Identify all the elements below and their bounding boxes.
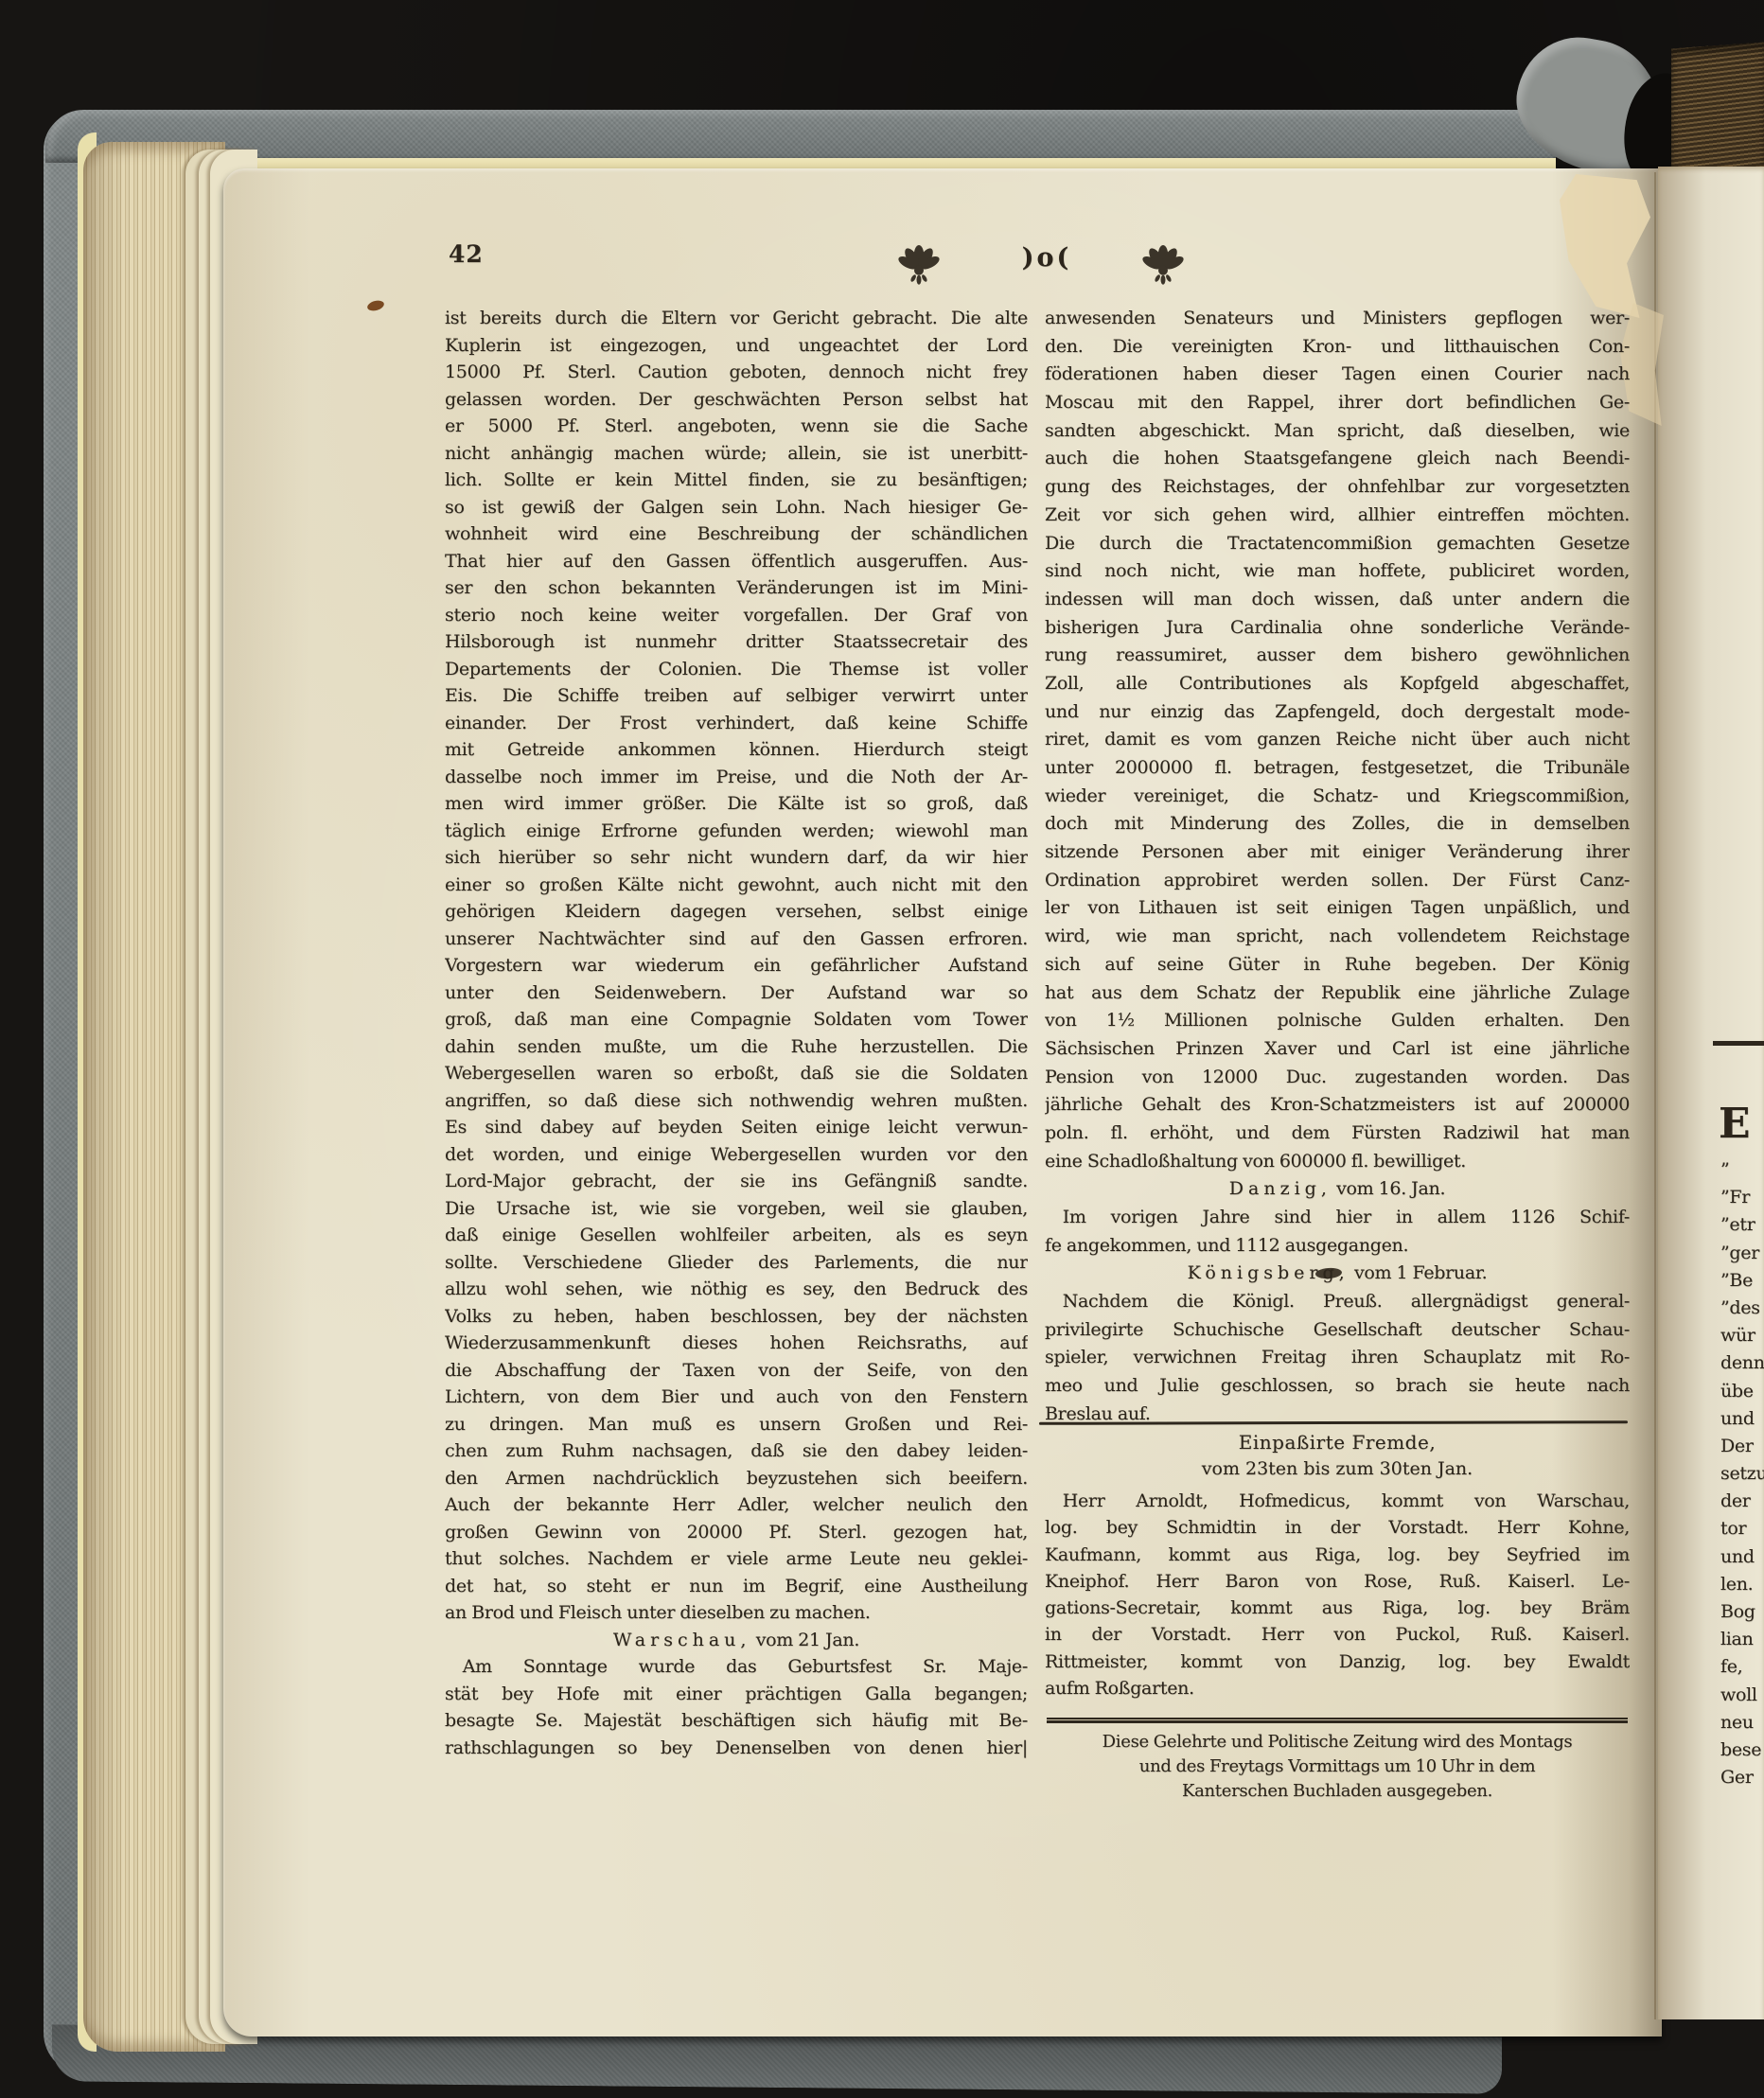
text-line: Nachdem die Königl. Preuß. allergnädigst… (1045, 1288, 1630, 1316)
text-line: Bog (1720, 1598, 1764, 1626)
text-line: Volks zu heben, haben beschlossen, bey d… (445, 1303, 1028, 1331)
text-line: sich auf seine Güter in Ruhe begeben. De… (1045, 951, 1630, 979)
page-number: 42 (449, 240, 484, 268)
text-line: Sächsischen Prinzen Xaver und Carl ist e… (1045, 1035, 1630, 1064)
right-text-column: anwesenden Senateurs und Ministers gepfl… (1045, 305, 1630, 1429)
arrivals-title: Einpaßirte Fremde, (1045, 1431, 1630, 1454)
text-line: poln. fl. erhöht, und dem Fürsten Radziw… (1045, 1120, 1630, 1148)
text-line: täglich einige Erfrorne gefunden werden;… (445, 818, 1028, 845)
text-line: spieler, verwichnen Freitag ihren Schaup… (1045, 1344, 1630, 1372)
text-line: dahin senden mußte, um die Ruhe herzuste… (445, 1033, 1028, 1061)
text-line: mit Getreide ankommen können. Hierdurch … (445, 736, 1028, 764)
text-line: groß, daß man eine Compagnie Soldaten vo… (445, 1006, 1028, 1033)
text-line: hat aus dem Schatz der Republik eine jäh… (1045, 979, 1630, 1008)
text-line: anwesenden Senateurs und Ministers gepfl… (1045, 305, 1630, 333)
text-line: den Armen nachdrücklich beyzustehen sich… (445, 1465, 1028, 1492)
left-text-column: ist bereits durch die Eltern vor Gericht… (445, 305, 1028, 1761)
text-line: setzu (1720, 1460, 1764, 1488)
text-line: eine Schadloßhaltung von 600000 fl. bewi… (1045, 1148, 1630, 1176)
text-line: rung reassumiret, ausser dem bishero gew… (1045, 642, 1630, 670)
text-line: ” (1720, 1156, 1764, 1184)
book-cover-top-edge (45, 110, 1556, 163)
text-line: thut solches. Nachdem er viele arme Leut… (445, 1545, 1028, 1573)
text-line: ist bereits durch die Eltern vor Gericht… (445, 305, 1028, 332)
text-line: so ist gewiß der Galgen sein Lohn. Nach … (445, 494, 1028, 521)
text-line: dasselbe noch immer im Preise, und die N… (445, 764, 1028, 791)
imprint-notice: Diese Gelehrte und Politische Zeitung wi… (1045, 1730, 1630, 1804)
text-line: Zeit vor sich gehen wird, allhier eintre… (1045, 502, 1630, 530)
text-line: einer so großen Kälte nicht gewohnt, auc… (445, 872, 1028, 899)
next-page-rule-fragment (1713, 1041, 1764, 1046)
text-line: Lichtern, von dem Bier und auch von den … (445, 1384, 1028, 1411)
text-line: Auch der bekannte Herr Adler, welcher ne… (445, 1491, 1028, 1519)
text-line: wird, wie man spricht, nach vollendetem … (1045, 923, 1630, 951)
text-line: neu (1720, 1709, 1764, 1737)
text-line: Wiederzusammenkunft dieses hohen Reichsr… (445, 1330, 1028, 1357)
text-line: 15000 Pf. Sterl. Caution geboten, dennoc… (445, 359, 1028, 386)
text-line: Die durch die Tractatencommißion gemacht… (1045, 530, 1630, 558)
text-line: denn (1720, 1349, 1764, 1377)
text-line: jährliche Gehalt des Kron-Schatzmeisters… (1045, 1091, 1630, 1120)
text-line: übe (1720, 1378, 1764, 1405)
header-signature-mark: )o( (1003, 243, 1090, 273)
text-line: Im vorigen Jahre sind hier in allem 1126… (1045, 1204, 1630, 1232)
text-line: privilegirte Schuchische Gesellschaft de… (1045, 1316, 1630, 1345)
text-line: gung des Reichstages, der ohnfehlbar zur… (1045, 473, 1630, 502)
text-line: lich. Sollte er kein Mittel finden, sie … (445, 467, 1028, 494)
text-line: Der (1720, 1433, 1764, 1460)
text-line: und nur einzig das Zapfengeld, doch derg… (1045, 698, 1630, 727)
text-line: sandten abgeschickt. Man spricht, daß di… (1045, 417, 1630, 446)
text-line: ”ger (1720, 1240, 1764, 1267)
text-line: Vorgestern war wiederum ein gefährlicher… (445, 952, 1028, 979)
text-line: wohnheit wird eine Beschreibung der schä… (445, 520, 1028, 548)
text-line: auch die hohen Staatsgefangene gleich na… (1045, 445, 1630, 473)
text-line: zu dringen. Man muß es unsern Großen und… (445, 1411, 1028, 1438)
text-line: ler von Lithauen ist seit einigen Tagen … (1045, 894, 1630, 923)
text-line: Ordination approbiret werden sollen. Der… (1045, 867, 1630, 895)
text-line: ”Be (1720, 1267, 1764, 1295)
text-line: unter 2000000 fl. betragen, festgesetzet… (1045, 754, 1630, 783)
text-line: der (1720, 1488, 1764, 1515)
text-line: Rittmeister, kommt von Danzig, log. bey … (1045, 1648, 1630, 1675)
text-line: den. Die vereinigten Kron- und litthauis… (1045, 333, 1630, 361)
arrivals-subtitle: vom 23ten bis zum 30ten Jan. (1045, 1458, 1630, 1479)
text-line: Hilsborough ist nunmehr dritter Staatsse… (445, 628, 1028, 656)
text-line: Ger (1720, 1764, 1764, 1791)
text-line: det hat, so steht er nun im Begrif, eine… (445, 1573, 1028, 1600)
text-line: Danzig, vom 16. Jan. (1045, 1175, 1630, 1204)
text-line: doch mit Minderung des Zolles, die in de… (1045, 810, 1630, 838)
text-line: sind noch nicht, wie man hoffete, public… (1045, 557, 1630, 586)
text-line: die Abschaffung der Taxen von der Seife,… (445, 1357, 1028, 1384)
text-line: fe, (1720, 1653, 1764, 1681)
text-line: That hier auf den Gassen öffentlich ausg… (445, 548, 1028, 575)
text-line: wieder vereiniget, die Schatz- und Krieg… (1045, 783, 1630, 811)
text-line: angriffen, so daß diese sich nothwendig … (445, 1087, 1028, 1115)
arrivals-text: Herr Arnoldt, Hofmedicus, kommt von Wars… (1045, 1488, 1630, 1701)
text-line: men wird immer größer. Die Kälte ist so … (445, 790, 1028, 818)
next-page-text-fragments: ””Fr”etr”ger”Be”deswürdennübeundDersetzu… (1720, 1156, 1764, 1791)
text-line: von 1½ Millionen polnische Gulden erhalt… (1045, 1007, 1630, 1035)
text-line: lian (1720, 1626, 1764, 1653)
text-line: ”Fr (1720, 1184, 1764, 1211)
text-line: meo und Julie geschlossen, so brach sie … (1045, 1372, 1630, 1401)
shell-ornament-icon (1139, 241, 1187, 287)
text-line: sollte. Verschiedene Glieder des Parleme… (445, 1249, 1028, 1277)
text-line: sich hierüber so sehr nicht wundern darf… (445, 844, 1028, 872)
book-scan: 42 )o( ist bereits durch die Elter (0, 0, 1764, 2098)
text-line: großen Gewinn von 20000 Pf. Sterl. gezog… (445, 1519, 1028, 1546)
text-line: Am Sonntage wurde das Geburtsfest Sr. Ma… (445, 1653, 1028, 1681)
text-line: chen zum Ruhm nachsagen, daß sie den dab… (445, 1437, 1028, 1465)
text-line: ser den schon bekannten Veränderungen is… (445, 574, 1028, 602)
text-line: wür (1720, 1322, 1764, 1349)
text-line: Zoll, alle Contributiones als Kopfgeld a… (1045, 670, 1630, 698)
text-line: len. (1720, 1571, 1764, 1598)
text-line: föderationen haben dieser Tagen einen Co… (1045, 361, 1630, 389)
text-line: ”etr (1720, 1211, 1764, 1239)
text-line: det worden, und einige Webergesellen wur… (445, 1141, 1028, 1169)
text-line: Departements der Colonien. Die Themse is… (445, 656, 1028, 683)
text-line: bisherigen Jura Cardinalia ohne sonderli… (1045, 614, 1630, 643)
text-line: Königsberg, vom 1 Februar. (1045, 1260, 1630, 1288)
text-line: unter den Seidenwebern. Der Aufstand war… (445, 979, 1028, 1007)
text-line: Es sind dabey auf beyden Seiten einige l… (445, 1114, 1028, 1141)
text-line: woll (1720, 1682, 1764, 1709)
text-line: gations-Secretair, kommt aus Riga, log. … (1045, 1595, 1630, 1621)
text-line: bese (1720, 1737, 1764, 1764)
text-line: und (1720, 1543, 1764, 1571)
text-line: besagte Se. Majestät beschäftigen sich h… (445, 1707, 1028, 1735)
text-line: aufm Roßgarten. (1045, 1675, 1630, 1701)
text-line: Die Ursache ist, wie sie vorgeben, weil … (445, 1195, 1028, 1223)
text-line: sitzende Personen aber mit einiger Verän… (1045, 838, 1630, 867)
text-line: und des Freytags Vormittags um 10 Uhr in… (1045, 1754, 1630, 1779)
text-line: Eis. Die Schiffe treiben auf selbiger ve… (445, 682, 1028, 710)
closed-pages-edge (1671, 43, 1764, 182)
text-line: Kaufmann, kommt aus Riga, log. bey Seyfr… (1045, 1542, 1630, 1568)
text-line: Kanterschen Buchladen ausgegeben. (1045, 1779, 1630, 1804)
text-line: an Brod und Fleisch unter dieselben zu m… (445, 1599, 1028, 1627)
text-line: Pension von 12000 Duc. zugestanden worde… (1045, 1064, 1630, 1092)
text-line: daß einige Gesellen wohlfeiler arbeiten,… (445, 1222, 1028, 1249)
text-line: Herr Arnoldt, Hofmedicus, kommt von Wars… (1045, 1488, 1630, 1514)
text-line: sterio noch keine weiter vorgefallen. De… (445, 602, 1028, 629)
text-line: riret, damit es vom ganzen Reiche nicht … (1045, 726, 1630, 754)
text-line: Moscau mit den Rappel, ihrer dort befind… (1045, 389, 1630, 417)
text-line: log. bey Schmidtin in der Vorstadt. Herr… (1045, 1514, 1630, 1541)
gutter-crease (1654, 172, 1656, 2019)
text-line: gehörigen Kleidern dagegen versehen, sel… (445, 898, 1028, 926)
text-line: gelassen worden. Der geschwächten Person… (445, 386, 1028, 414)
text-line: allzu wohl sehen, wie nöthig es sey, den… (445, 1276, 1028, 1303)
next-page-initial: E (1719, 1100, 1751, 1148)
text-line: nicht anhängig machen würde; allein, sie… (445, 440, 1028, 467)
shell-ornament-icon (895, 241, 943, 287)
text-line: ”des (1720, 1295, 1764, 1322)
text-line: er 5000 Pf. Sterl. angeboten, wenn sie d… (445, 413, 1028, 440)
text-line: Webergesellen waren so erboßt, daß sie d… (445, 1060, 1028, 1087)
text-line: einander. Der Frost verhindert, daß kein… (445, 710, 1028, 737)
text-line: rathschlagungen so bey Denenselben von d… (445, 1735, 1028, 1762)
text-line: indessen will man doch wissen, daß unter… (1045, 586, 1630, 614)
text-line: Lord-Major gebracht, der sie ins Gefängn… (445, 1168, 1028, 1195)
text-line: Warschau, vom 21 Jan. (445, 1627, 1028, 1654)
text-line: unserer Nachtwächter sind auf den Gassen… (445, 926, 1028, 953)
text-line: tor (1720, 1515, 1764, 1543)
text-line: Kuplerin ist eingezogen, und ungeachtet … (445, 332, 1028, 360)
text-line: Kneiphof. Herr Baron von Rose, Ruß. Kais… (1045, 1568, 1630, 1595)
text-line: stät bey Hofe mit einer prächtigen Galla… (445, 1681, 1028, 1708)
text-line: Diese Gelehrte und Politische Zeitung wi… (1045, 1730, 1630, 1754)
text-line: in der Vorstadt. Herr von Puckol, Ruß. K… (1045, 1621, 1630, 1648)
imprint-rule (1047, 1718, 1628, 1723)
text-line: und (1720, 1405, 1764, 1433)
text-line: fe angekommen, und 1112 ausgegangen. (1045, 1232, 1630, 1261)
